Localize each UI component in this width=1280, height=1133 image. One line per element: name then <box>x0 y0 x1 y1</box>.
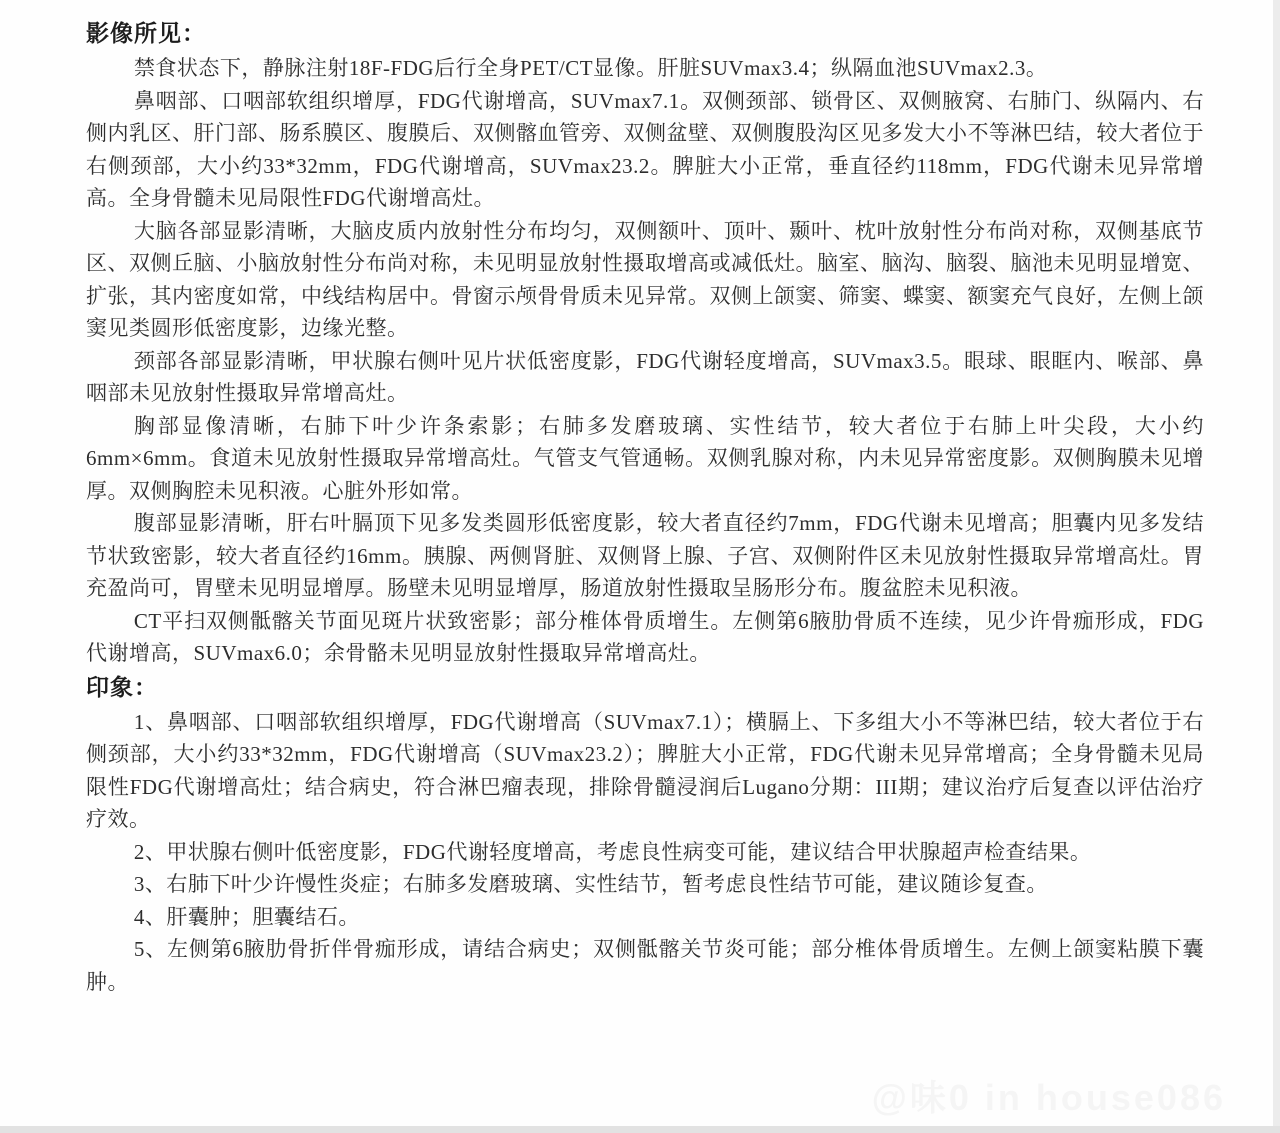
impression-item-4: 4、肝囊肿；胆囊结石。 <box>86 901 1204 934</box>
impression-heading: 印象： <box>86 670 1204 706</box>
impression-item-2: 2、甲状腺右侧叶低密度影，FDG代谢轻度增高，考虑良性病变可能，建议结合甲状腺超… <box>86 836 1204 869</box>
impression-item-3: 3、右肺下叶少许慢性炎症；右肺多发磨玻璃、实性结节，暂考虑良性结节可能，建议随诊… <box>86 868 1204 901</box>
findings-paragraph-chest: 胸部显像清晰，右肺下叶少许条索影；右肺多发磨玻璃、实性结节，较大者位于右肺上叶尖… <box>86 410 1204 508</box>
pet-ct-report-page: 影像所见： 禁食状态下，静脉注射18F-FDG后行全身PET/CT显像。肝脏SU… <box>0 0 1280 1133</box>
findings-paragraph-abdomen: 腹部显影清晰，肝右叶膈顶下见多发类圆形低密度影，较大者直径约7mm，FDG代谢未… <box>86 507 1204 605</box>
findings-paragraph-bone: CT平扫双侧骶髂关节面见斑片状致密影；部分椎体骨质增生。左侧第6腋肋骨质不连续，… <box>86 605 1204 670</box>
findings-heading: 影像所见： <box>86 16 1204 52</box>
page-edge-bottom <box>0 1126 1280 1133</box>
impression-item-1: 1、鼻咽部、口咽部软组织增厚，FDG代谢增高（SUVmax7.1）；横膈上、下多… <box>86 706 1204 836</box>
impression-item-5: 5、左侧第6腋肋骨折伴骨痂形成，请结合病史；双侧骶髂关节炎可能；部分椎体骨质增生… <box>86 933 1204 998</box>
findings-paragraph-technique: 禁食状态下，静脉注射18F-FDG后行全身PET/CT显像。肝脏SUVmax3.… <box>86 52 1204 85</box>
findings-paragraph-lymph-nodes: 鼻咽部、口咽部软组织增厚，FDG代谢增高，SUVmax7.1。双侧颈部、锁骨区、… <box>86 85 1204 215</box>
watermark: @味0 in house086 <box>872 1070 1226 1121</box>
findings-paragraph-neck: 颈部各部显影清晰，甲状腺右侧叶见片状低密度影，FDG代谢轻度增高，SUVmax3… <box>86 345 1204 410</box>
page-edge-right <box>1273 0 1280 1133</box>
findings-paragraph-brain: 大脑各部显影清晰，大脑皮质内放射性分布均匀，双侧额叶、顶叶、颞叶、枕叶放射性分布… <box>86 215 1204 345</box>
